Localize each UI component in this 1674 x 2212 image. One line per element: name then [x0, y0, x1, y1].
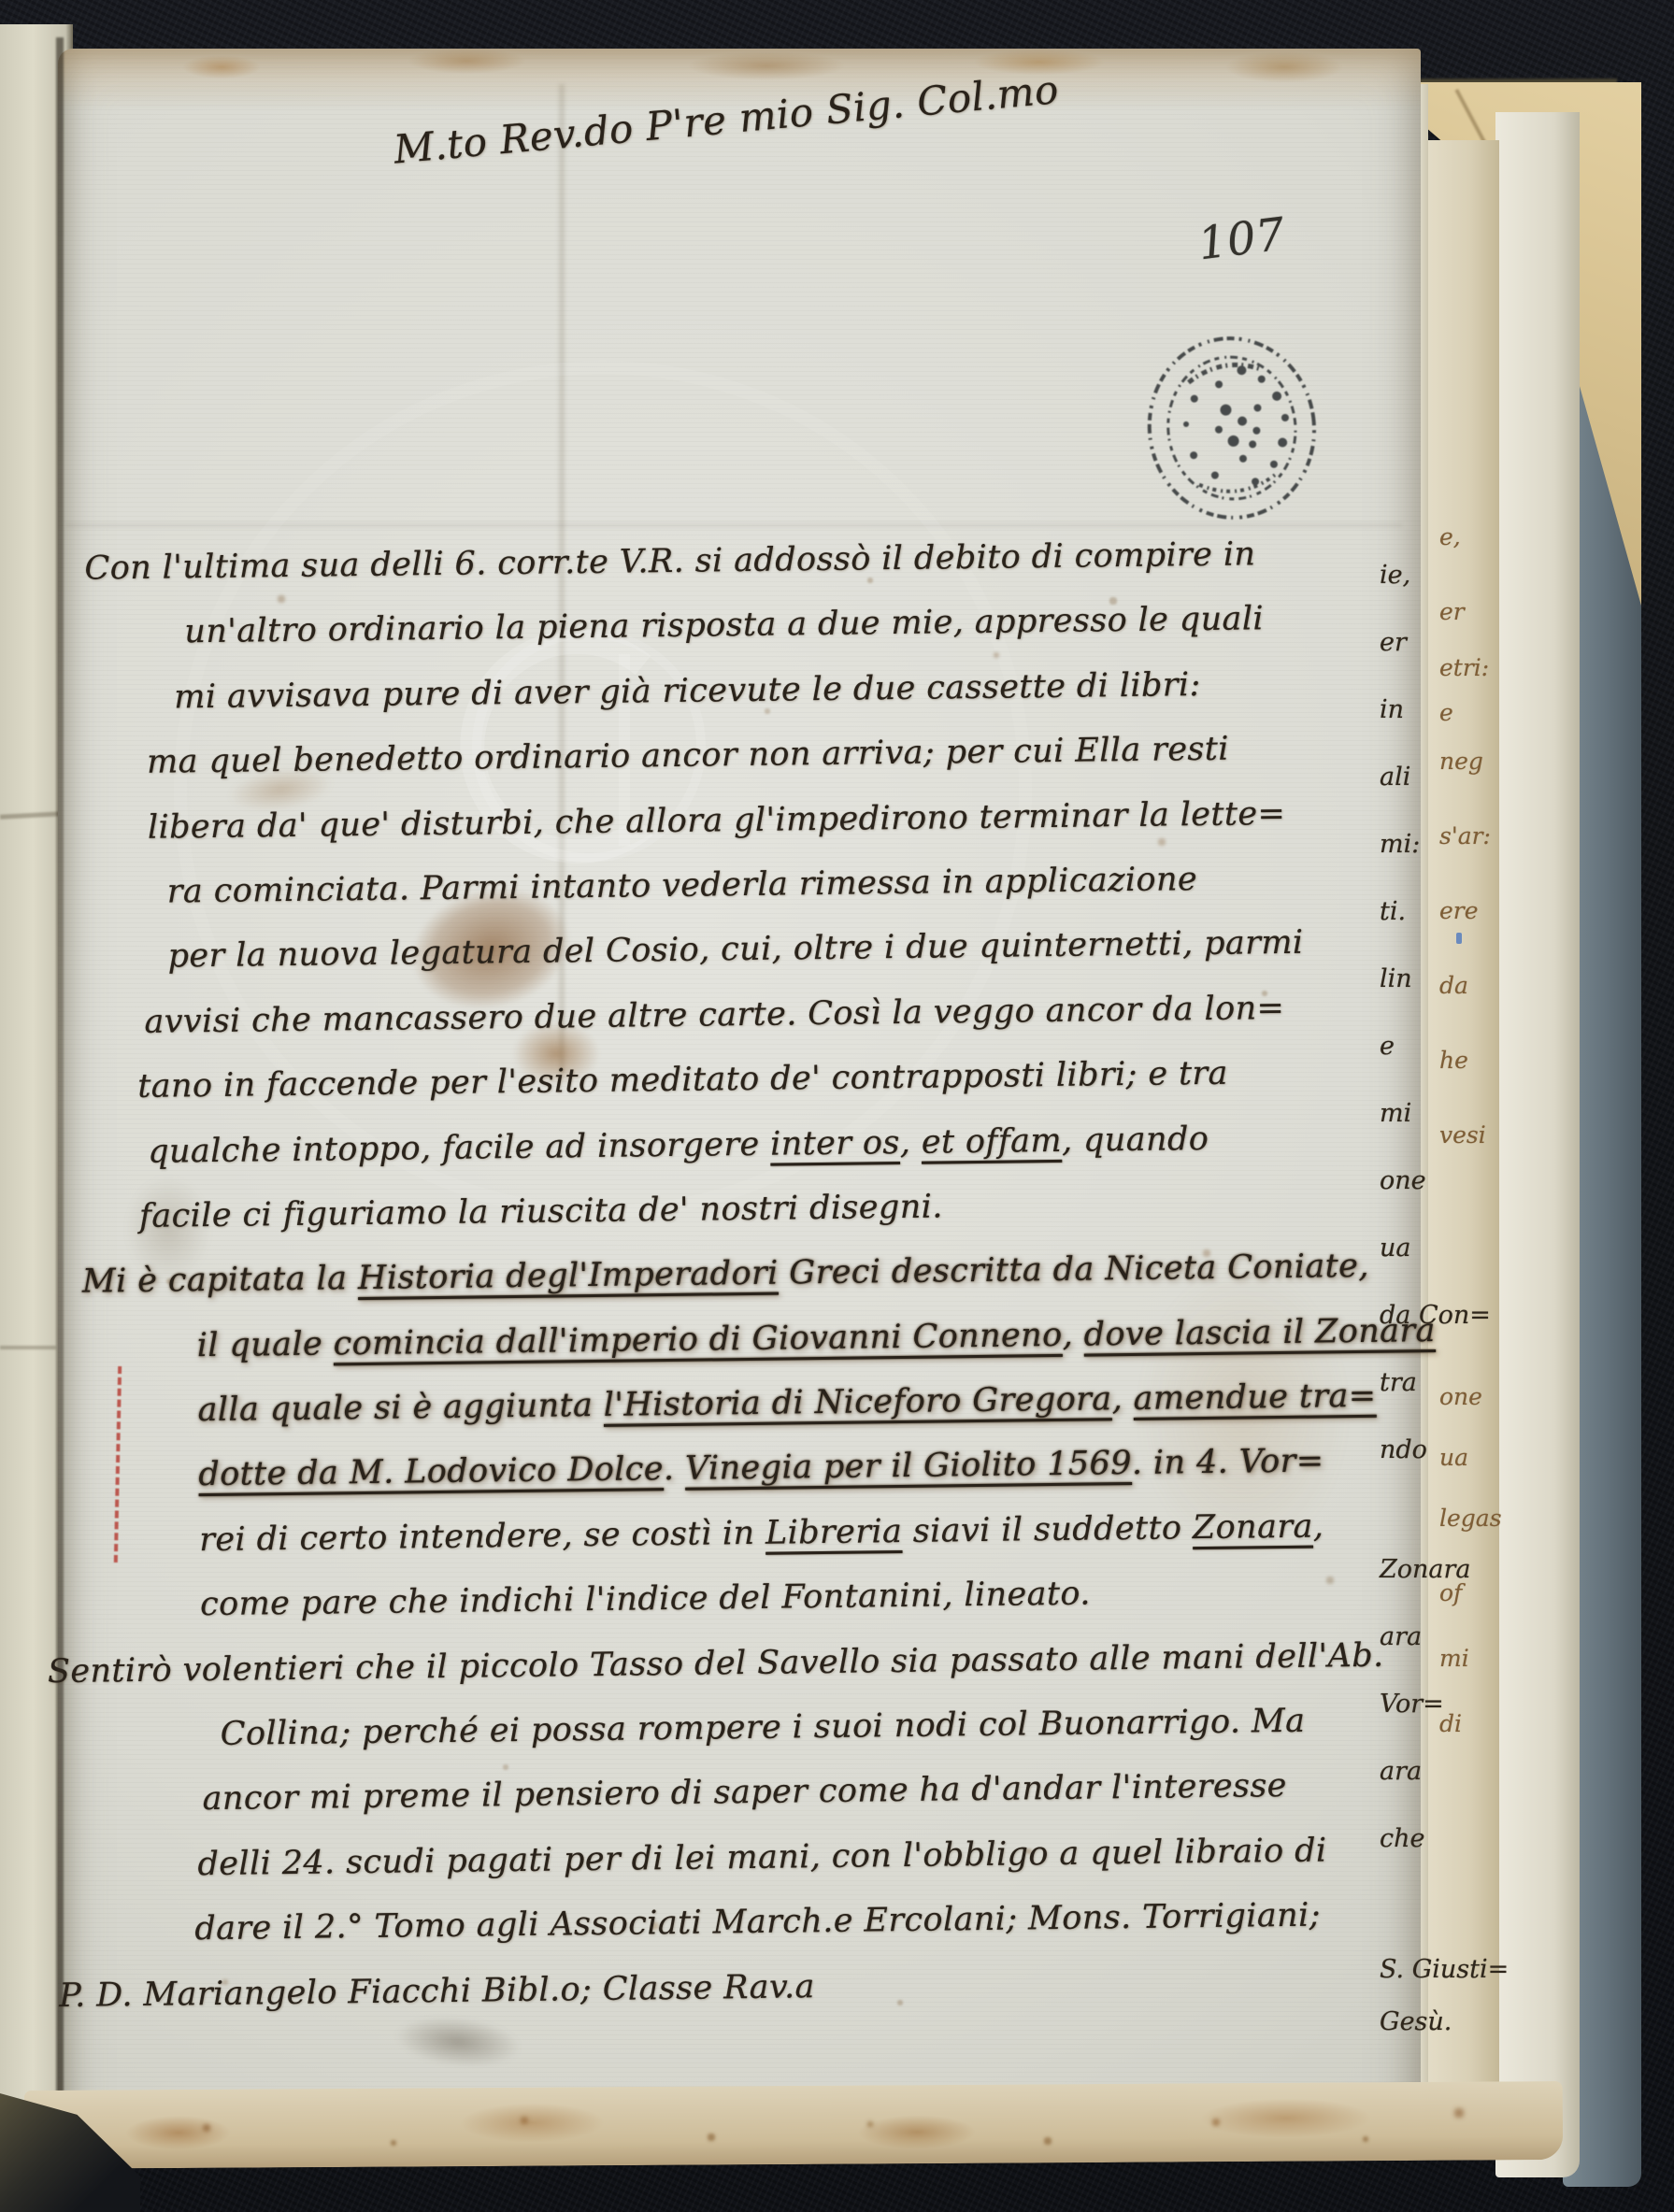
text-fragment: S. Giusti=	[1380, 1955, 1509, 1984]
text-fragment: of	[1439, 1579, 1462, 1606]
text-fragment: he	[1439, 1047, 1468, 1074]
folio-number: 107	[1195, 208, 1288, 271]
text-fragment: di	[1439, 1710, 1462, 1737]
gutter-shadow	[56, 37, 64, 2168]
text-fragment: mi:	[1380, 830, 1420, 859]
right-blank-leaf-edge	[1495, 112, 1580, 2177]
text-fragment: mi	[1439, 1645, 1469, 1672]
library-stamp-icon	[1127, 319, 1338, 540]
text-fragment: vesi	[1439, 1121, 1486, 1149]
text-fragment: legas	[1439, 1505, 1502, 1532]
right-under-leaf-edge	[1424, 140, 1499, 2159]
text-fragment: in	[1380, 695, 1404, 724]
text-fragment: Gesù.	[1380, 2007, 1452, 2036]
text-fragment: ali	[1380, 763, 1410, 792]
left-page-seam	[0, 1346, 56, 1349]
text-fragment: s'ar:	[1439, 822, 1491, 849]
text-fragment: ti.	[1380, 897, 1406, 926]
blue-fleck	[1456, 933, 1462, 944]
text-fragment: etri:	[1439, 654, 1489, 681]
text-fragment: Vor=	[1380, 1690, 1444, 1719]
text-fragment: e	[1380, 1032, 1395, 1061]
text-fragment: ua	[1439, 1444, 1468, 1471]
text-fragment: ara	[1380, 1757, 1422, 1786]
text-fragment: lin	[1380, 964, 1412, 993]
text-fragment: ndo	[1380, 1435, 1427, 1464]
text-fragment: ara	[1380, 1622, 1422, 1651]
manuscript-photo: M.to Rev.do P're mio Sig. Col.mo 107 Con…	[0, 0, 1674, 2212]
text-fragment: mi	[1380, 1099, 1411, 1128]
text-fragment: ie,	[1380, 561, 1410, 590]
text-fragment: neg	[1439, 748, 1483, 775]
text-fragment: one	[1380, 1166, 1426, 1195]
text-fragment: da Con=	[1380, 1301, 1491, 1330]
bottom-stained-leaf-edge	[24, 2081, 1563, 2169]
text-fragment: ere	[1439, 897, 1479, 924]
text-fragment: tra	[1380, 1368, 1417, 1397]
text-fragment: er	[1380, 628, 1407, 657]
text-fragment: ua	[1380, 1234, 1411, 1263]
text-fragment: da	[1439, 972, 1468, 999]
bottom-stain-speckles	[0, 0, 2, 2]
text-fragment: che	[1380, 1824, 1425, 1853]
text-fragment: er	[1439, 598, 1465, 625]
letter-body: Con l'ultima sua delli 6. corr.te V.R. s…	[73, 534, 1418, 2041]
text-fragment: e,	[1439, 523, 1461, 550]
text-fragment: e	[1439, 699, 1453, 726]
text-fragment: one	[1439, 1383, 1482, 1410]
